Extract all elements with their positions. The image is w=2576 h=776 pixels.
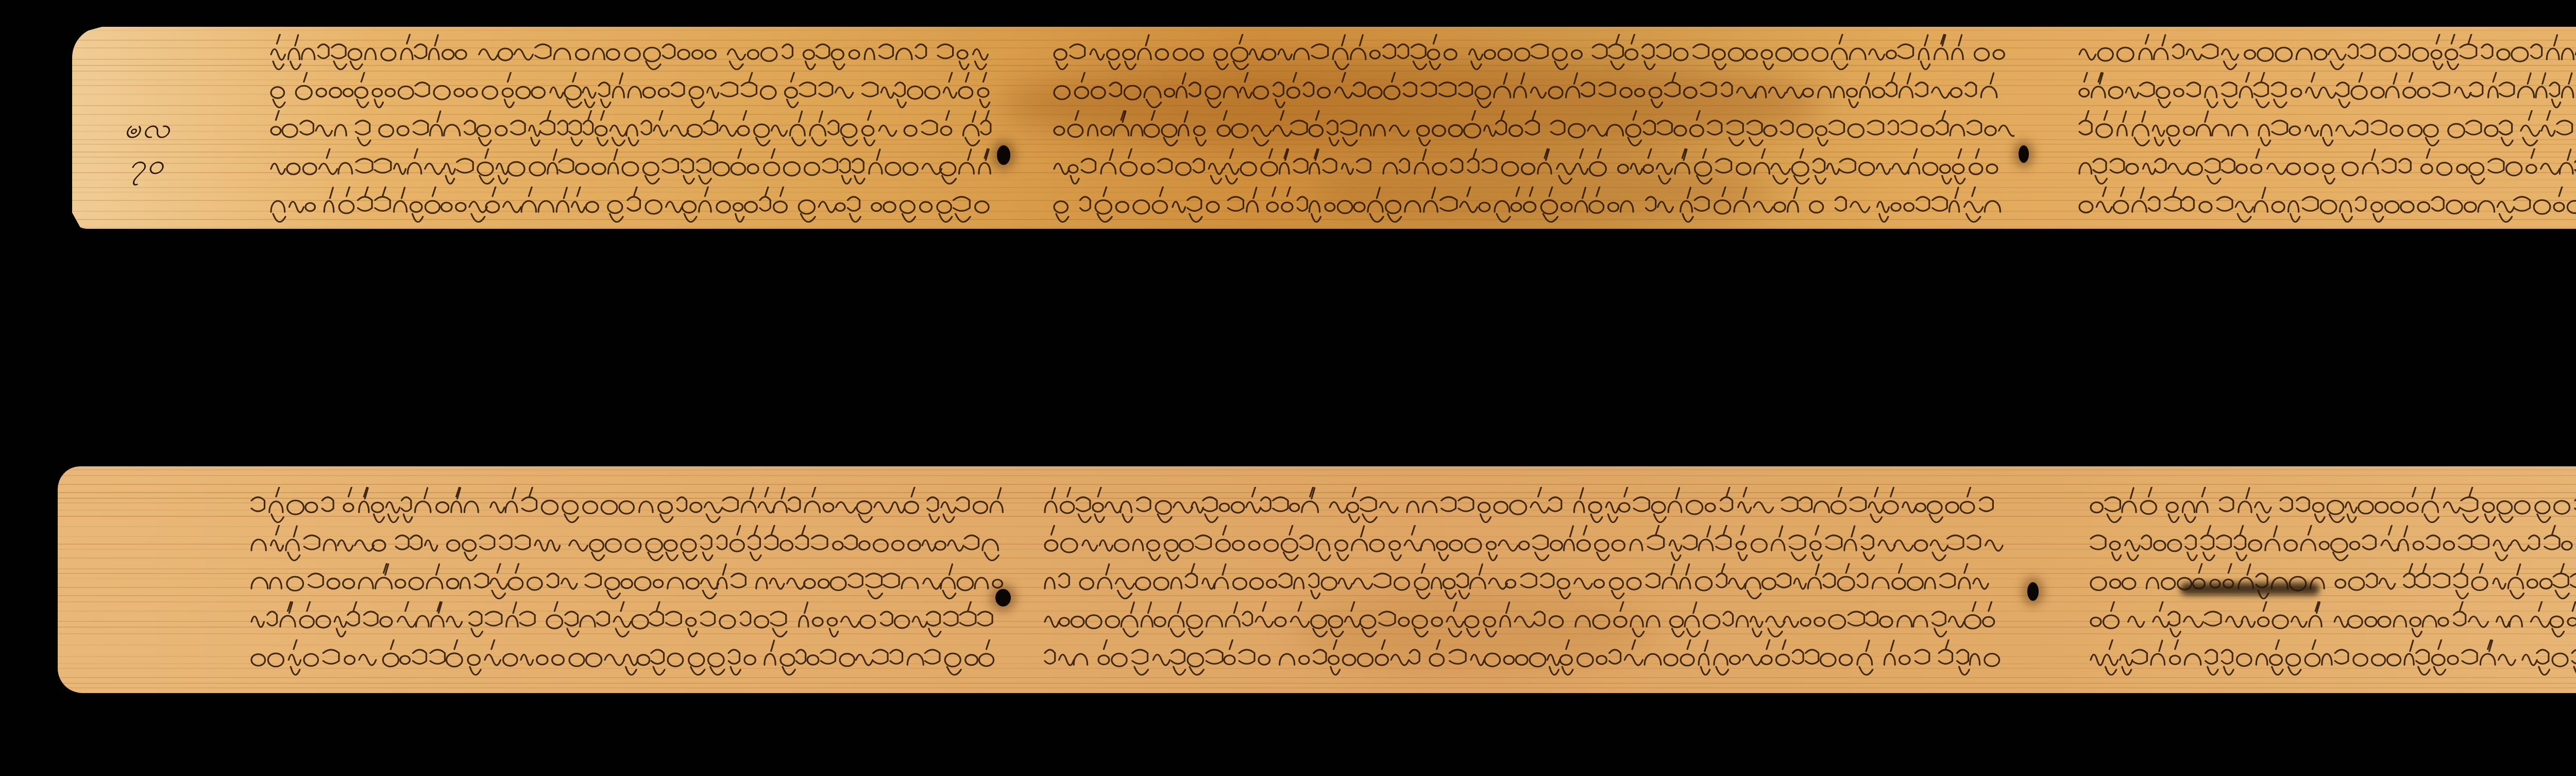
grain-line <box>58 484 2576 485</box>
grain-line <box>72 30 2576 31</box>
handwritten-script <box>1042 639 2005 676</box>
grain-line <box>58 469 2576 470</box>
script-line: ဂ ၁ ... ငြိမ်း ... နန္ဒ ... ဝေဠိ <box>268 34 1005 70</box>
handwritten-script <box>268 148 1005 184</box>
handwritten-script <box>248 525 1011 561</box>
handwritten-script <box>1051 72 2014 108</box>
text-block-middle: ... ပဒေ ... ရသ ... သာဂေ ... ယက် ... ဗုဒ္… <box>1051 34 2014 225</box>
script-line: ဗျ ... ကျ ... ဝေ ... ဝေဝ ... သဗျ ... ဘ <box>2076 148 2576 184</box>
script-line: ဣ ... သ ... ပြည် ... ဆ ... ရုံ <box>268 72 1005 108</box>
grain-line <box>72 227 2576 228</box>
script-line: ဂ ... ဓ ... ပြု ... ဟ ... ယူ ... ရွာ <box>268 148 1005 184</box>
string-hole-right <box>2019 145 2029 163</box>
script-line: ... ဂျ ... ဂ ... ဝေ ... ရဟ ... ဟ ... ဗျ <box>2076 34 2576 70</box>
script-line: ဗျ ... ဂို ... ဝေ ... ရှ ... လ ... ရ ... <box>1042 563 2005 599</box>
handwritten-script <box>248 639 1011 676</box>
script-line: ကဒ ... ဗျ ... ပဲ ... ဝေး ... သိ ... လေ <box>1051 110 2014 146</box>
handwritten-script <box>268 34 1005 70</box>
script-line: ဗိ ... ဂု ... ဟ ... ဂ ... ဂို ... ဗ <box>2088 601 2576 637</box>
script-line: ဗျ ... ဥ ... ဝေ ... ဝေ ... ရ ... ဂီ ... … <box>2076 72 2576 108</box>
grain-line <box>58 687 2576 688</box>
handwritten-script <box>2076 110 2576 146</box>
script-line: ဗူ ... ဝေ ... ဝေ ... ဂို ... ဓ ... ငြိ .… <box>2076 110 2576 146</box>
script-line: ဝိ ... ဂ ... ဘို ... ဒူ ... ဗ <box>2088 639 2576 676</box>
script-line: ဘိ ... ဟ ... ဒေါ ... ပါ ... သ ... ဝေ ... <box>248 487 1011 523</box>
handwritten-script <box>2088 487 2576 523</box>
script-line: ဗဒ ... ဂ ... ဇ ... ဂိ ... ဂဆ ... <box>1042 525 2005 561</box>
text-block-left: ဘိ ... ဟ ... ဒေါ ... ပါ ... သ ... ဝေ ...… <box>248 487 1011 678</box>
handwritten-script <box>1051 187 2014 223</box>
handwritten-script <box>1051 34 2014 70</box>
script-line: ဂ ... ဂ ... ပေါ် ... ပျော် ... ရ ... <box>268 187 1005 223</box>
script-line: ဘိ ... ပ ... ဗို ... မ ... ငြိ ... လ <box>268 110 1005 146</box>
handwritten-script <box>2088 563 2576 599</box>
text-block-left: ဂ ၁ ... ငြိမ်း ... နန္ဒ ... ဝေဠိ ဣ ... သ… <box>268 34 1005 225</box>
text-block-right: ... ဂို ... ဂ ... ဂေ ... ဗို ... ဂျော ဂု… <box>2088 487 2576 678</box>
grain-line <box>58 475 2576 476</box>
handwritten-script <box>2076 148 2576 184</box>
script-line: ဗုဒ္ဓ ... ပ ... ရှိ ... မ ... ဘ ... ရုံ <box>1051 72 2014 108</box>
script-line: ဥ ... ကျ ... ယာ ... ဗို ... ဘို ... ... <box>248 639 1011 676</box>
handwritten-script <box>1042 601 2005 637</box>
folio-mark: ၑလ <box>124 111 171 151</box>
script-line: ... သု ... ကျ ... ဂိ ... ဘ ... ယ ... <box>1051 187 2014 223</box>
manuscript-photo: ၑလ ၇၀ ဂ ၁ ... ငြိမ်း ... နန္ဒ ... ဝေဠိ ဣ… <box>0 0 2576 776</box>
folio-number: ၇၀ <box>129 147 164 187</box>
script-line: ဂု ... ဗ ... ကျ ... ဝေ ... ဂို ... ဂ ... <box>2088 525 2576 561</box>
script-line: လ ... ဝ ... ဂ ... ဗို ... ကို ... ရ <box>248 601 1011 637</box>
text-block-middle: ... ဘ ... ဂေ ... ရှ ... ဘ ... ဗဂ ... ဗဒ … <box>1042 487 2005 678</box>
handwritten-script <box>2076 72 2576 108</box>
handwritten-script <box>2088 639 2576 676</box>
grain-line <box>58 683 2576 684</box>
handwritten-script <box>1051 110 2014 146</box>
handwritten-script <box>248 601 1011 637</box>
handwritten-script <box>1042 487 2005 523</box>
handwritten-script <box>268 110 1005 146</box>
handwritten-script <box>2088 601 2576 637</box>
handwritten-script <box>248 487 1011 523</box>
handwritten-script <box>2076 34 2576 70</box>
handwritten-script <box>2088 525 2576 561</box>
string-hole-right <box>2027 582 2039 601</box>
script-line: ... ဂို ... ဂ ... ဂေ ... ဗို ... ဂျော <box>2088 487 2576 523</box>
script-line: ဟ ... ဝေ ... ဂ ... ဂေ ... ဂံ ... ဗျ <box>2076 187 2576 223</box>
handwritten-script <box>268 72 1005 108</box>
script-line: ... ဘ ... ဂေ ... ရှ ... ဘ ... ဗဂ ... <box>1042 487 2005 523</box>
text-block-right: ... ဂျ ... ဂ ... ဝေ ... ရဟ ... ဟ ... ဗျ … <box>2076 34 2576 225</box>
script-line: ပ ... ဗျ ... ဗြိ ... ရ ... ဗွ ... ... <box>248 563 1011 599</box>
handwritten-script <box>1051 148 2014 184</box>
top-palm-leaf: ၑလ ၇၀ ဂ ၁ ... ငြိမ်း ... နန္ဒ ... ဝေဠိ ဣ… <box>72 27 2576 229</box>
script-line: ဝရေ ... ယ ... ဗုဒ္ဓ ... ယမ် ... ရုံ ... <box>1051 148 2014 184</box>
script-line: ... ဂ ... ဒါ ... ဒါ ... ... <box>1042 639 2005 676</box>
bottom-palm-leaf: ဘိ ... ဟ ... ဒေါ ... ပါ ... သ ... ဝေ ...… <box>58 466 2576 693</box>
script-line: ဝိ ... ရွ ... ဗို ... ဂိ ... ဂေ ... ... <box>1042 601 2005 637</box>
script-line: ... ပဒေ ... ရသ ... သာဂေ ... ယက် ... <box>1051 34 2014 70</box>
handwritten-script <box>1042 525 2005 561</box>
handwritten-script <box>248 563 1011 599</box>
script-line: မှ ... ဟ ... ရ ... ဂု ... ပြ ... ဟ ... <box>248 525 1011 561</box>
handwritten-script <box>268 187 1005 223</box>
script-line: ဒ ... ဗြ ... ဂ ... ဝေ ... ရ ... ... <box>2088 563 2576 599</box>
handwritten-script <box>2076 187 2576 223</box>
handwritten-script <box>1042 563 2005 599</box>
